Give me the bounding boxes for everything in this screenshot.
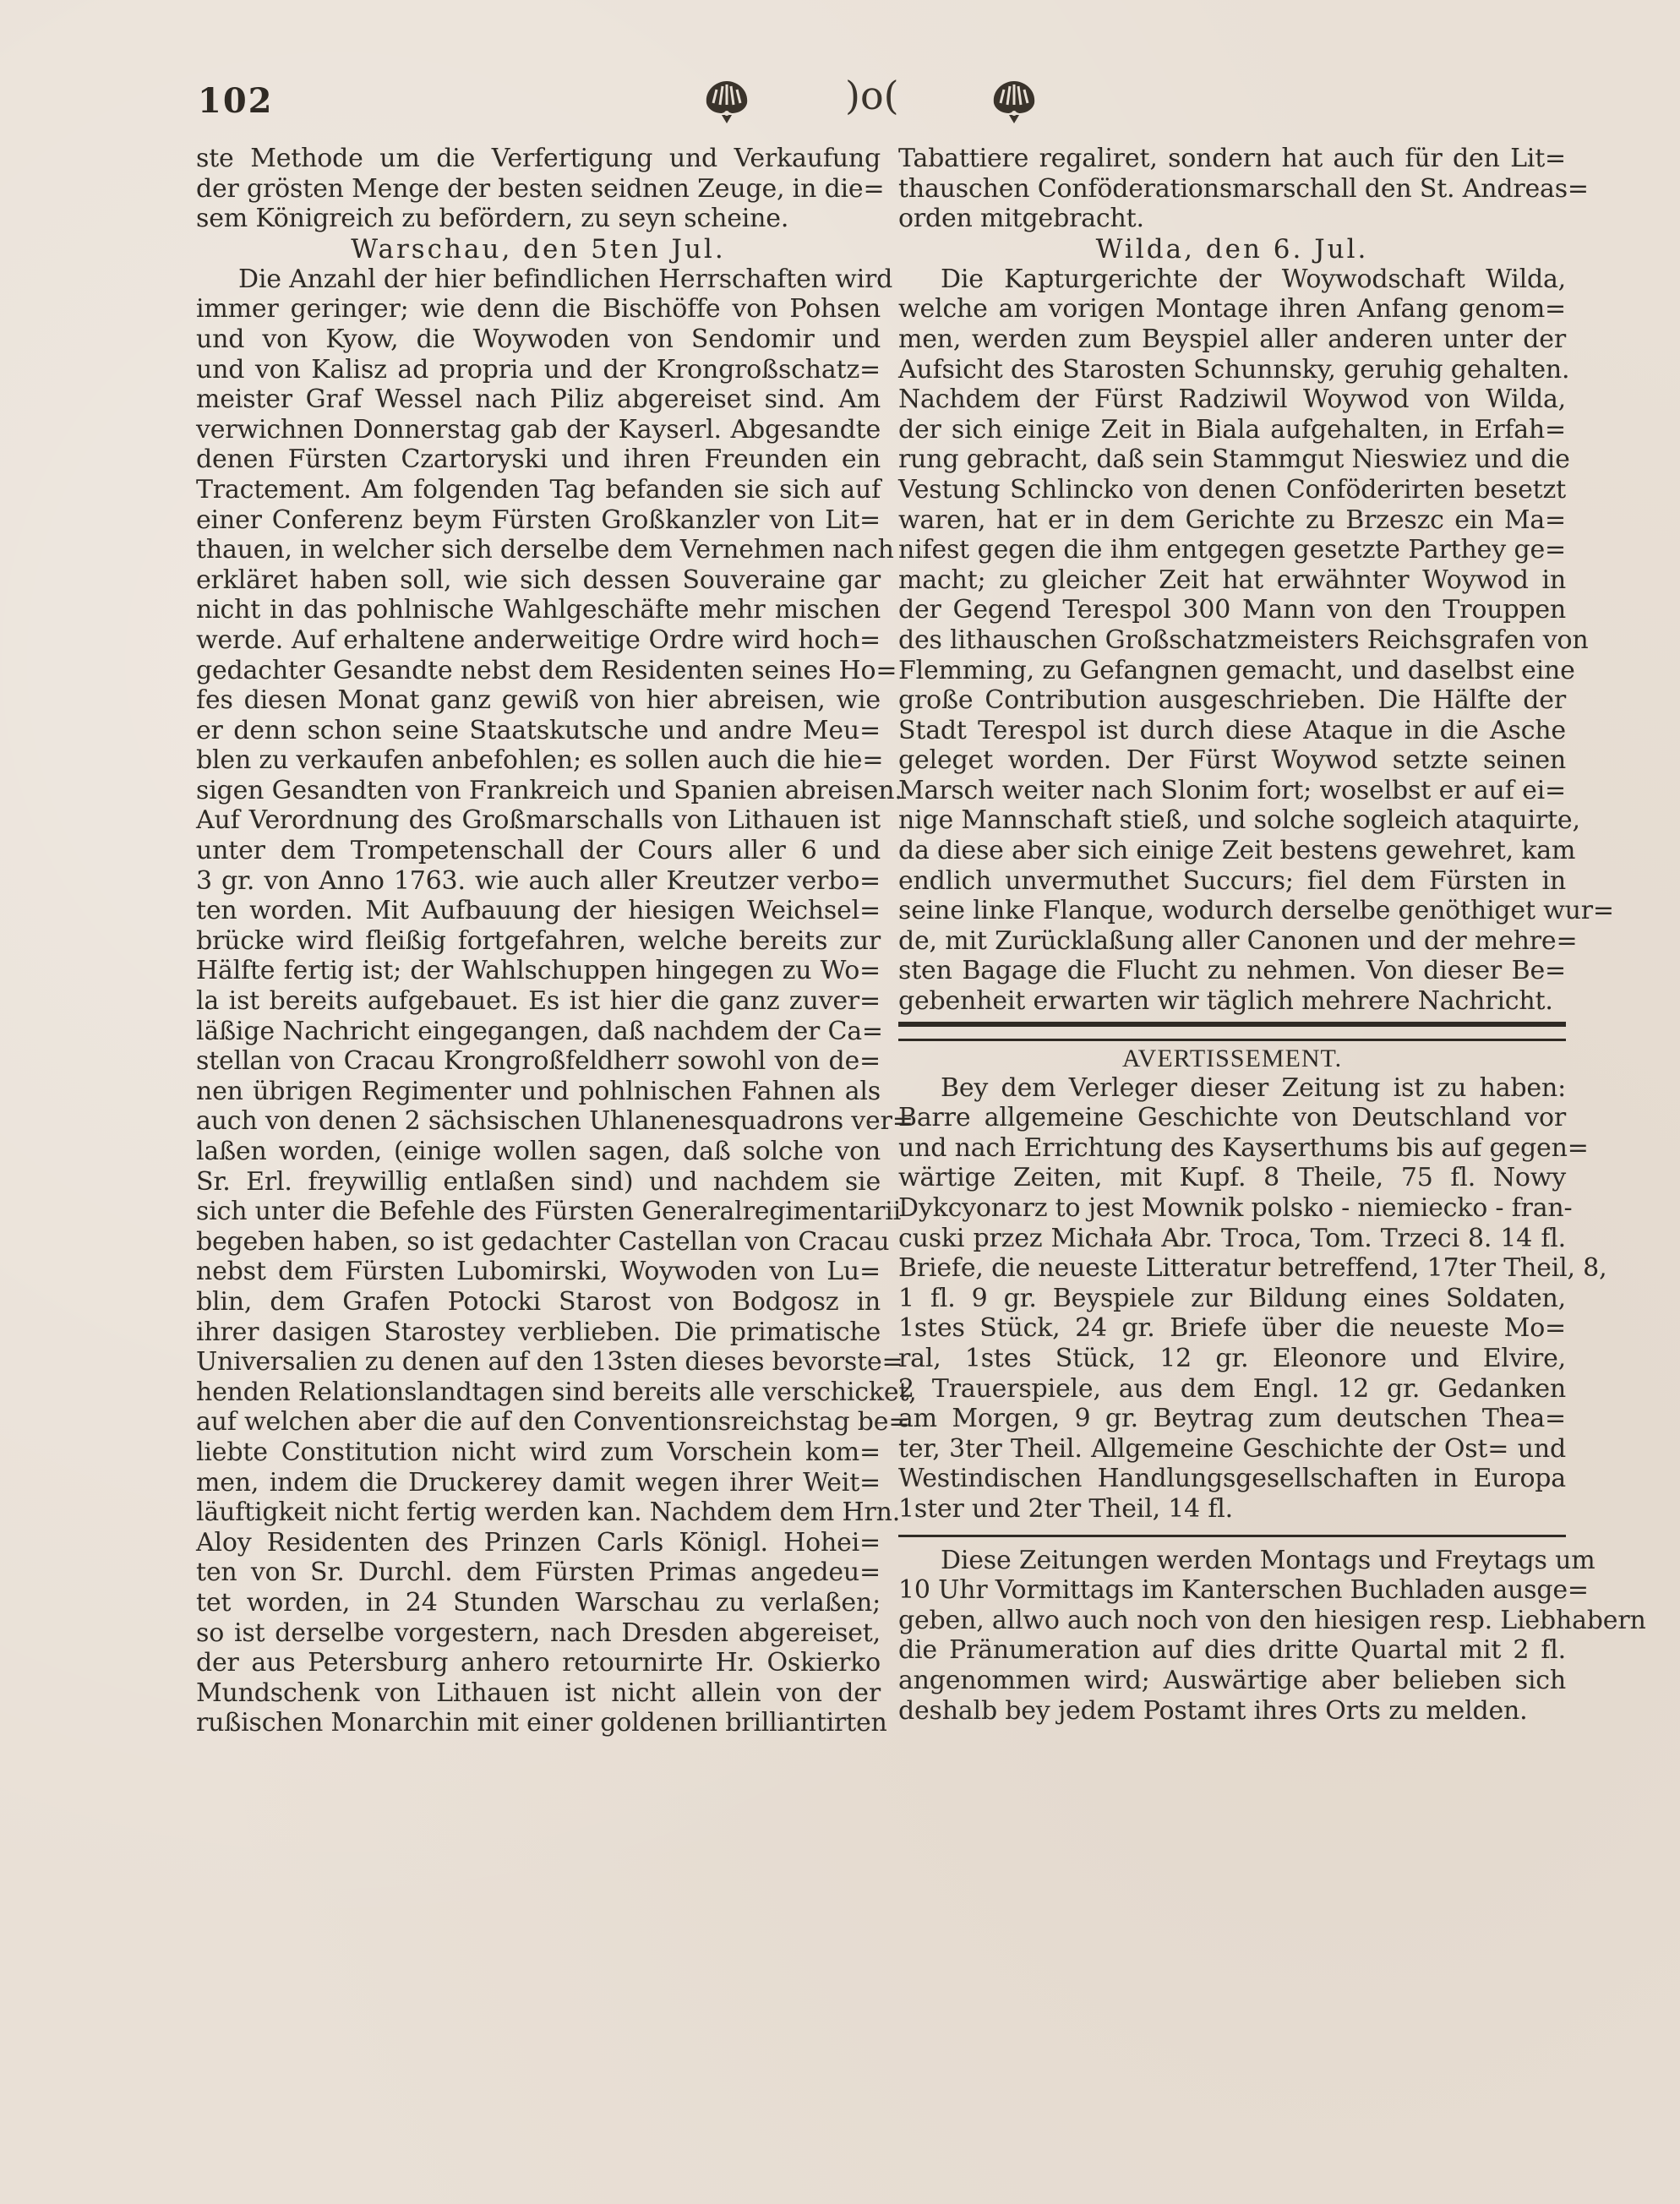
text-line: nen übrigen Regimenter und pohlnischen F… [196, 1077, 881, 1107]
text-line: Die Kapturgerichte der Woywodschaft Wild… [898, 265, 1566, 295]
text-line: Tractement. Am folgenden Tag befanden si… [196, 475, 881, 505]
text-line: da diese aber sich einige Zeit bestens g… [898, 836, 1566, 866]
text-line: Universalien zu denen auf den 13sten die… [196, 1347, 881, 1377]
text-line: laßen worden, (einige wollen sagen, daß … [196, 1137, 881, 1167]
text-line: einer Conferenz beym Fürsten Großkanzler… [196, 505, 881, 536]
text-line: nige Mannschaft stieß, und solche soglei… [898, 805, 1566, 836]
shell-ornament-icon [701, 78, 752, 125]
text-line: unter dem Trompetenschall der Cours alle… [196, 836, 881, 866]
text-line: Die Anzahl der hier befindlichen Herrsch… [196, 265, 881, 295]
text-line: Aufsicht des Starosten Schunnsky, geruhi… [898, 355, 1566, 385]
text-line: rußischen Monarchin mit einer goldenen b… [196, 1708, 881, 1738]
text-line: sem Königreich zu befördern, zu seyn sch… [196, 204, 881, 234]
center-ornament: )o( [845, 73, 899, 118]
text-line: Hälfte fertig ist; der Wahlschuppen hing… [196, 956, 881, 986]
text-line: thauschen Conföderationsmarschall den St… [898, 174, 1566, 205]
text-line: ten worden. Mit Aufbauung der hiesigen W… [196, 896, 881, 926]
text-line: verwichnen Donnerstag gab der Kayserl. A… [196, 415, 881, 445]
text-line: Mundschenk von Lithauen ist nicht allein… [196, 1678, 881, 1709]
text-line: Aloy Residenten des Prinzen Carls Königl… [196, 1528, 881, 1558]
text-line: gedachter Gesandte nebst dem Residenten … [196, 656, 881, 686]
text-line: sten Bagage die Flucht zu nehmen. Von di… [898, 956, 1566, 986]
text-line: erkläret haben soll, wie sich dessen Sou… [196, 565, 881, 596]
text-line: ihrer dasigen Starostey verblieben. Die … [196, 1317, 881, 1348]
left-column: ste Methode um die Verfertigung und Verk… [196, 144, 881, 1738]
text-line: de, mit Zurücklaßung aller Canonen und d… [898, 926, 1566, 957]
page-number: 102 [198, 81, 274, 121]
text-line: große Contribution ausgeschrieben. Die H… [898, 685, 1566, 716]
text-line: der grösten Menge der besten seidnen Zeu… [196, 174, 881, 205]
ad-line: 1ster und 2ter Theil, 14 fl. [898, 1494, 1566, 1525]
ad-line: Barre allgemeine Geschichte von Deutschl… [898, 1103, 1566, 1133]
text-line: Sr. Erl. freywillig entlaßen sind) und n… [196, 1167, 881, 1197]
text-line: des lithauschen Großschatzmeisters Reich… [898, 625, 1566, 656]
text-line: läuftigkeit nicht fertig werden kan. Nac… [196, 1498, 881, 1528]
text-line: sich unter die Befehle des Fürsten Gener… [196, 1197, 881, 1227]
text-line: Tabattiere regaliret, sondern hat auch f… [898, 144, 1566, 174]
advertisement-title: AVERTISSEMENT. [898, 1045, 1566, 1073]
text-line: welche am vorigen Montage ihren Anfang g… [898, 294, 1566, 325]
text-line: men, werden zum Beyspiel aller anderen u… [898, 325, 1566, 355]
text-line: men, indem die Druckerey damit wegen ihr… [196, 1468, 881, 1498]
text-line: waren, hat er in dem Gerichte zu Brzeszc… [898, 505, 1566, 536]
text-line: rung gebracht, daß sein Stammgut Nieswie… [898, 445, 1566, 475]
ad-line: cuski przez Michała Abr. Troca, Tom. Trz… [898, 1224, 1566, 1254]
text-line: la ist bereits aufgebauet. Es ist hier d… [196, 986, 881, 1017]
text-line: Nachdem der Fürst Radziwil Woywod von Wi… [898, 385, 1566, 415]
text-line: geleget worden. Der Fürst Woywod setzte … [898, 745, 1566, 776]
section-divider [898, 1022, 1566, 1041]
text-line: meister Graf Wessel nach Piliz abgereise… [196, 385, 881, 415]
text-line: blen zu verkaufen anbefohlen; es sollen … [196, 745, 881, 776]
shell-ornament-icon [989, 78, 1039, 125]
text-line: sigen Gesandten von Frankreich und Spani… [196, 776, 881, 806]
text-line: nebst dem Fürsten Lubomirski, Woywoden v… [196, 1257, 881, 1287]
text-line: ten von Sr. Durchl. dem Fürsten Primas a… [196, 1558, 881, 1588]
right-column: Tabattiere regaliret, sondern hat auch f… [898, 144, 1566, 1726]
ad-line: 2 Trauerspiele, aus dem Engl. 12 gr. Ged… [898, 1374, 1566, 1405]
text-line: Stadt Terespol ist durch diese Ataque in… [898, 716, 1566, 746]
text-line: werde. Auf erhaltene anderweitige Ordre … [196, 625, 881, 656]
text-line: fes diesen Monat ganz gewiß von hier abr… [196, 685, 881, 716]
text-line: auch von denen 2 sächsischen Uhlanenesqu… [196, 1106, 881, 1137]
text-line: orden mitgebracht. [898, 204, 1566, 234]
text-line: endlich unvermuthet Succurs; fiel dem Fü… [898, 866, 1566, 897]
text-line: der aus Petersburg anhero retournirte Hr… [196, 1648, 881, 1678]
text-line: begeben haben, so ist gedachter Castella… [196, 1227, 881, 1257]
ad-line: Bey dem Verleger dieser Zeitung ist zu h… [898, 1073, 1566, 1104]
text-line: seine linke Flanque, wodurch derselbe ge… [898, 896, 1566, 926]
notice-line: angenommen wird; Auswärtige aber beliebe… [898, 1666, 1566, 1696]
text-line: er denn schon seine Staatskutsche und an… [196, 716, 881, 746]
ad-line: ter, 3ter Theil. Allgemeine Geschichte d… [898, 1434, 1566, 1465]
ad-line: Westindischen Handlungsgesellschaften in… [898, 1464, 1566, 1494]
notice-line: 10 Uhr Vormittags im Kanterschen Buchlad… [898, 1575, 1566, 1606]
notice-line: geben, allwo auch noch von den hiesigen … [898, 1606, 1566, 1636]
ad-line: Briefe, die neueste Litteratur betreffen… [898, 1253, 1566, 1284]
text-line: auf welchen aber die auf den Conventions… [196, 1407, 881, 1438]
text-line: denen Fürsten Czartoryski und ihren Freu… [196, 445, 881, 475]
text-line: liebte Constitution nicht wird zum Vorsc… [196, 1438, 881, 1468]
text-line: der Gegend Terespol 300 Mann von den Tro… [898, 595, 1566, 625]
text-line: so ist derselbe vorgestern, nach Dresden… [196, 1618, 881, 1649]
text-line: nifest gegen die ihm entgegen gesetzte P… [898, 535, 1566, 565]
text-line: Marsch weiter nach Slonim fort; woselbst… [898, 776, 1566, 806]
ad-line: 1stes Stück, 24 gr. Briefe über die neue… [898, 1313, 1566, 1344]
text-line: Auf Verordnung des Großmarschalls von Li… [196, 805, 881, 836]
text-line: henden Relationslandtagen sind bereits a… [196, 1377, 881, 1408]
text-line: und von Kyow, die Woywoden von Sendomir … [196, 325, 881, 355]
text-line: macht; zu gleicher Zeit hat erwähnter Wo… [898, 565, 1566, 596]
text-line: blin, dem Grafen Potocki Starost von Bod… [196, 1287, 881, 1317]
text-line: thauen, in welcher sich derselbe dem Ver… [196, 535, 881, 565]
dateline-wilda: Wilda, den 6. Jul. [898, 234, 1566, 265]
notice-line: Diese Zeitungen werden Montags und Freyt… [898, 1546, 1566, 1576]
ad-line: am Morgen, 9 gr. Beytrag zum deutschen T… [898, 1404, 1566, 1434]
text-line: tet worden, in 24 Stunden Warschau zu ve… [196, 1588, 881, 1618]
dateline-warschau: Warschau, den 5ten Jul. [196, 234, 881, 265]
text-line: Flemming, zu Gefangnen gemacht, und dase… [898, 656, 1566, 686]
text-line: 3 gr. von Anno 1763. wie auch aller Kreu… [196, 866, 881, 897]
header-ornaments: )o( [701, 78, 1039, 128]
text-line: brücke wird fleißig fortgefahren, welche… [196, 926, 881, 957]
text-line: ste Methode um die Verfertigung und Verk… [196, 144, 881, 174]
ad-line: wärtige Zeiten, mit Kupf. 8 Theile, 75 f… [898, 1163, 1566, 1193]
text-line: stellan von Cracau Krongroßfeldherr sowo… [196, 1046, 881, 1077]
text-line: und von Kalisz ad propria und der Krongr… [196, 355, 881, 385]
ad-line: Dykcyonarz to jest Mownik polsko - niemi… [898, 1193, 1566, 1224]
text-line: Vestung Schlincko von denen Conföderirte… [898, 475, 1566, 505]
text-line: der sich einige Zeit in Biala aufgehalte… [898, 415, 1566, 445]
text-line: immer geringer; wie denn die Bischöffe v… [196, 294, 881, 325]
notice-line: deshalb bey jedem Postamt ihres Orts zu … [898, 1696, 1566, 1727]
ad-line: 1 fl. 9 gr. Beyspiele zur Bildung eines … [898, 1284, 1566, 1314]
ad-line: und nach Errichtung des Kayserthums bis … [898, 1133, 1566, 1164]
text-line: läßige Nachricht eingegangen, daß nachde… [196, 1017, 881, 1047]
notice-line: die Pränumeration auf dies dritte Quarta… [898, 1635, 1566, 1666]
section-divider [898, 1535, 1566, 1537]
text-line: gebenheit erwarten wir täglich mehrere N… [898, 986, 1566, 1017]
text-line: nicht in das pohlnische Wahlgeschäfte me… [196, 595, 881, 625]
ad-line: ral, 1stes Stück, 12 gr. Eleonore und El… [898, 1344, 1566, 1374]
